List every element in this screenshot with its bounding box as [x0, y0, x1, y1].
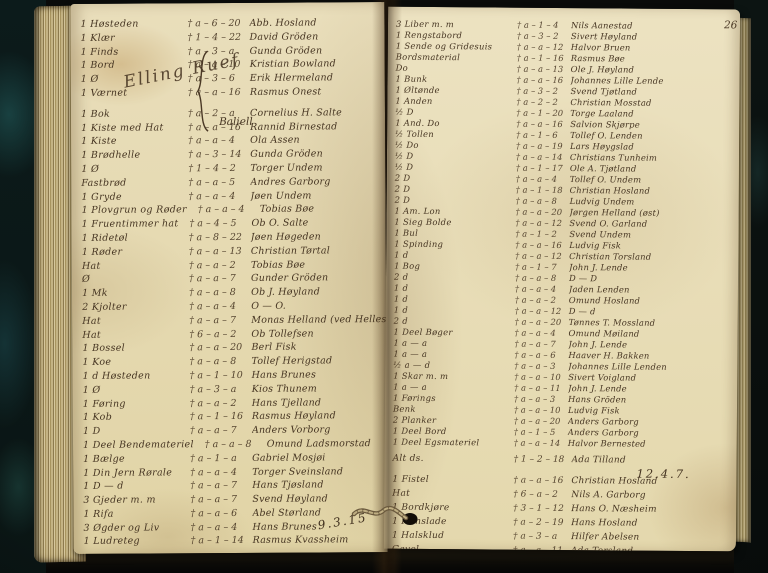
entry-marks: † 1 – 2 – 18 — [514, 453, 572, 467]
entry-marks: † a – a – 8 — [205, 438, 267, 452]
item-label: 1 Sende og Gridesuis — [396, 41, 506, 53]
item-label: 1 Brødhelle — [81, 148, 177, 162]
buyer-name: Nils A. Garborg — [571, 488, 739, 503]
entry-marks: † a – a – 8 — [189, 355, 251, 369]
item-label: 1 Sieg Bolde — [394, 217, 504, 229]
entry-marks: † a – a – 7 — [189, 272, 251, 286]
entry-marks: † a – a – 2 — [189, 258, 251, 272]
item-label: 1 Bossel — [82, 342, 178, 356]
entry-marks: † 6 – a – 2 — [189, 327, 251, 341]
buyer-name: Kristian Bowland — [250, 57, 388, 72]
item-label: 1 Kiste — [81, 135, 177, 149]
entry-marks: † a – a – 20 — [514, 416, 568, 427]
item-label: Hat — [82, 259, 178, 273]
ledger-row: Alt ds. † 1 – 2 – 18 Ada Tilland — [393, 452, 733, 469]
entry-marks: † a – 1 – 7 — [515, 262, 569, 273]
item-label: Ø — [82, 273, 178, 287]
entry-marks: † a – a – 12 — [515, 306, 569, 317]
item-label: 1 Bog — [394, 261, 504, 273]
item-label: 1 Bok — [81, 107, 177, 121]
item-label: 1 d — [394, 305, 504, 317]
item-label: 1 a — a — [393, 382, 503, 394]
buyer-name: Jøen Høgeden — [251, 230, 388, 245]
entry-marks: † a – 1 – 17 — [516, 163, 570, 174]
item-label: 1 Ridetøl — [82, 231, 178, 245]
entry-marks: † a – a – 4 — [515, 284, 569, 295]
buyer-name: Hans Hosland — [571, 516, 739, 531]
buyer-name: Christian Tørtal — [251, 244, 388, 259]
item-label: 1 Rengstabord — [396, 30, 506, 42]
item-label: 1 Kiste med Hat — [81, 121, 177, 135]
item-label: 1 Deel Bord — [393, 426, 503, 438]
entry-marks: † a – a – 4 — [198, 203, 260, 217]
right-page: 3 Liber m. m † a – 1 – 4 Nils Aanestad 1… — [384, 7, 740, 552]
entry-marks: † a – 2 – 2 — [516, 97, 570, 108]
item-label: 1 d — [394, 294, 504, 306]
buyer-name: Halvor Bernested — [568, 438, 736, 450]
item-label: 1 Fruentimmer hat — [82, 217, 179, 231]
item-label: Hat — [82, 314, 178, 328]
item-label: 1 Bunk — [396, 74, 506, 86]
buyer-name: David Gröden — [249, 30, 387, 45]
item-label: 1 Deel Bendemateriel — [83, 438, 194, 452]
buyer-name: Anders Vorborg — [252, 423, 388, 438]
entry-marks: † 6 – a – 2 — [513, 488, 571, 502]
entry-marks: † a – 3 – 2 — [517, 31, 571, 42]
entry-marks: † a – 1 – a — [190, 452, 252, 466]
item-label: 1 Gryde — [81, 190, 177, 204]
entry-marks: † a – a – 8 — [516, 196, 570, 207]
buyer-name: Hilfer Abelsen — [571, 530, 739, 545]
item-label: 1 Røder — [82, 245, 178, 259]
item-label: 1 Førings — [393, 393, 503, 405]
buyer-name: Hans Tjelland — [252, 396, 388, 411]
buyer-name: Tobias Bøe — [251, 258, 388, 273]
entry-marks: † a – a – 7 — [190, 424, 252, 438]
item-label: ½ a — d — [393, 360, 503, 372]
entry-marks: † a – a – 7 — [190, 479, 252, 493]
photo-background: { "page_number": "26", "annotations": { … — [0, 0, 768, 573]
entry-marks: † a – a – 6 — [514, 350, 568, 361]
item-label: 1 And. Do — [395, 118, 505, 130]
item-label: 2 d — [394, 272, 504, 284]
entry-marks: † a – 1 – 16 — [190, 410, 252, 424]
item-label: 3 Liber m. m — [396, 19, 506, 31]
entry-marks: † a – a – 14 — [514, 438, 568, 449]
entry-marks: † a – a – 4 — [516, 174, 570, 185]
entry-marks: † a – a – 13 — [189, 245, 251, 259]
entry-marks: † a – a – 7 — [514, 339, 568, 350]
page-number: 26 — [724, 19, 737, 31]
item-label: 1 Ludreteg — [84, 535, 180, 549]
entry-marks: † a – 1 – 18 — [516, 185, 570, 196]
entry-marks: † a – a – 4 — [190, 465, 252, 479]
entry-marks: † a – a – 4 — [190, 521, 252, 535]
buyer-name: Kios Thunem — [252, 382, 388, 397]
item-label: 1 D — d — [83, 480, 179, 494]
buyer-name: Gunda Gröden — [250, 44, 388, 59]
buyer-name: Ob O. Salte — [251, 216, 387, 231]
entry-marks: † a – a – 8 — [189, 286, 251, 300]
entry-marks: † a – 3 – a — [190, 383, 252, 397]
entry-marks: † 3 – 1 – 12 — [513, 502, 571, 516]
item-label: Do — [396, 63, 506, 75]
entry-marks: † a – a – 12 — [515, 218, 569, 229]
item-label: 1 Fistel — [392, 473, 502, 488]
entry-marks: † a – 3 – 2 — [516, 86, 570, 97]
buyer-name: Torger Undem — [250, 161, 387, 176]
item-label: 2 D — [395, 173, 505, 185]
item-label: 2 D — [395, 184, 505, 196]
entry-marks: † a – 1 – 2 — [515, 229, 569, 240]
entry-marks: † a – a – 16 — [513, 474, 571, 488]
buyer-name: Torger Sveinsland — [252, 465, 388, 480]
left-page-rows: 1 Høsteden † a – 6 – 20 Abb. Hosland 1 K… — [80, 16, 381, 550]
item-label: 3 Øgder og Liv — [83, 521, 179, 535]
entry-marks: † a – 3 – 14 — [188, 148, 250, 162]
ledger-row: 1 Deel Egsmateriel † a – a – 14 Halvor B… — [393, 437, 733, 451]
buyer-name: Hans O. Næsheim — [571, 502, 739, 517]
entry-marks: † a – a – 12 — [517, 42, 571, 53]
buyer-name: Gunda Gröden — [250, 147, 387, 162]
item-label: 1 d Høsteden — [83, 369, 179, 383]
buyer-name: Hans Tjøsland — [252, 478, 387, 493]
entry-marks: † a – a – 14 — [516, 152, 570, 163]
left-page: 1 Høsteden † a – 6 – 20 Abb. Hosland 1 K… — [70, 2, 387, 554]
item-label: 1 Finds — [81, 45, 177, 59]
item-label: 1 Spinding — [394, 239, 504, 251]
entry-marks: † a – a – 4 — [188, 189, 250, 203]
item-label: 1 Føring — [83, 397, 179, 411]
entry-marks: † a – a – 13 — [517, 64, 571, 75]
entry-marks: † a – 1 – 5 — [514, 427, 568, 438]
item-label: 1 Deel Egsmateriel — [393, 437, 503, 449]
item-label: 1 Koe — [82, 355, 178, 369]
item-label: ½ D — [395, 162, 505, 174]
item-label: 1 Din Jern Rørale — [83, 466, 179, 480]
item-label: Hat — [82, 328, 178, 342]
entry-marks: † a – a – 8 — [515, 273, 569, 284]
item-label: 3 Gjeder m. m — [83, 493, 179, 507]
buyer-name: Rannid Birnestad — [250, 120, 388, 135]
entry-marks: † a – 1 – 16 — [517, 53, 571, 64]
buyer-name: Ob Tollefsen — [251, 327, 387, 342]
ledger-row: 1 Ludreteg † a – 1 – 14 Rasmus Kvassheim — [84, 534, 382, 550]
buyer-name: Gunder Gröden — [251, 271, 388, 286]
item-label: 1 a — a — [393, 338, 503, 350]
item-label: 1 d — [394, 250, 504, 262]
item-label: 1 d — [394, 283, 504, 295]
buyer-name: Tollef Herigstad — [251, 354, 387, 369]
entry-marks: † a – a – 3 — [514, 394, 568, 405]
entry-marks: † a – 2 – 19 — [513, 516, 571, 530]
entry-marks: † a – a – 20 — [515, 207, 569, 218]
entry-marks: † a – 4 – 5 — [189, 217, 251, 231]
right-page-rows: 3 Liber m. m † a – 1 – 4 Nils Aanestad 1… — [393, 19, 736, 451]
item-label: 1 Ø — [81, 162, 177, 176]
buyer-name: Ob J. Høyland — [251, 285, 388, 300]
entry-marks: † a – 1 – 6 — [516, 130, 570, 141]
buyer-name: Hans Brunes — [252, 368, 388, 383]
entry-marks: † 1 – 4 – 22 — [187, 31, 249, 45]
entry-marks: † a – a – 2 — [190, 396, 252, 410]
section-label: Baliell — [219, 116, 253, 128]
entry-marks: † a – 1 – 14 — [191, 534, 253, 548]
entry-marks: † a – 8 – 22 — [189, 231, 251, 245]
item-label: 1 Bul — [394, 228, 504, 240]
item-label: 1 Skar m. m — [393, 371, 503, 383]
entry-marks: † a – 1 – 10 — [190, 369, 252, 383]
item-label: Alt ds. — [393, 452, 503, 467]
entry-marks: † a – a – 20 — [515, 317, 569, 328]
buyer-name: Ada Torsland — [571, 544, 739, 551]
item-label: 1 a — a — [393, 349, 503, 361]
entry-marks: † a – a – 5 — [188, 176, 250, 190]
item-label: Fastbrød — [81, 176, 177, 190]
item-label: 2 d — [394, 316, 504, 328]
buyer-name: Rasmus Høyland — [252, 409, 388, 424]
buyer-name: Monas Helland (ved Helles) — [251, 313, 387, 328]
entry-marks: † a – a – 16 — [515, 240, 569, 251]
right-footer-number: 12.4.7. — [636, 467, 690, 481]
entry-marks: † a – a – 11 — [514, 383, 568, 394]
item-label: 1 Øltønde — [395, 85, 505, 97]
entry-marks: † a – a – 7 — [189, 314, 251, 328]
item-label: 1 Klær — [80, 31, 176, 45]
item-label: 1 Rifa — [83, 507, 179, 521]
entry-marks: † a – a – 10 — [514, 372, 568, 383]
buyer-name: Cornelius H. Salte — [250, 106, 388, 121]
buyer-name: Omund Ladsmorstad — [267, 437, 388, 452]
entry-marks: † 1 – 4 – 2 — [188, 162, 250, 176]
binding-cord — [348, 496, 424, 534]
entry-marks: † a – 1 – 20 — [516, 108, 570, 119]
item-label: ½ Tollen — [395, 129, 505, 141]
buyer-name: Abb. Hosland — [249, 16, 387, 31]
item-label: 1 D — [83, 424, 179, 438]
entry-marks: † a – a – 3 — [514, 361, 568, 372]
item-label: 1 Deel Bøger — [394, 327, 504, 339]
buyer-name: O — O. — [251, 299, 388, 314]
item-label: 1 Ø — [83, 383, 179, 397]
entry-marks: † a – a – 4 — [188, 134, 250, 148]
buyer-name: Tobias Bøe — [260, 202, 388, 217]
buyer-name: Rasmus Onest — [250, 85, 388, 100]
item-label: 2 D — [395, 195, 505, 207]
buyer-name: Andres Garborg — [250, 175, 387, 190]
item-label: 1 Anden — [395, 96, 505, 108]
buyer-name: Rasmus Kvassheim — [253, 534, 388, 549]
entry-marks: † a – 6 – 20 — [187, 17, 249, 31]
entry-marks: † a – a – 10 — [514, 405, 568, 416]
buyer-name: Erik Hlermeland — [250, 71, 388, 86]
entry-marks: † a – a – 7 — [190, 493, 252, 507]
entry-marks: † a – 3 – a — [513, 530, 571, 544]
item-label: ½ D — [395, 107, 505, 119]
item-label: 1 Kob — [83, 411, 179, 425]
entry-marks: † a – 1 – 4 — [517, 20, 571, 31]
item-label: 2 Kjolter — [82, 300, 178, 314]
item-label: 1 Høsteden — [80, 17, 176, 31]
entry-marks: † a – a – 20 — [189, 341, 251, 355]
brace-mark — [195, 49, 212, 133]
entry-marks: † a – a – 12 — [515, 251, 569, 262]
buyer-name: Gabriel Mosjøi — [252, 451, 388, 466]
item-label: 2 Planker — [393, 415, 503, 427]
buyer-name: Jøen Undem — [250, 189, 387, 204]
entry-marks: † a – a – 4 — [189, 300, 251, 314]
entry-marks: † a – a – 16 — [516, 119, 570, 130]
entry-marks: † a – a – 19 — [516, 141, 570, 152]
item-label: ½ D — [395, 151, 505, 163]
buyer-name: Berl Fisk — [251, 340, 387, 355]
entry-marks: † a – a – 4 — [515, 328, 569, 339]
item-label: Bordsmaterial — [396, 52, 506, 64]
item-label: ½ Do — [395, 140, 505, 152]
entry-marks: † a – a – 2 — [515, 295, 569, 306]
buyer-name: Ola Assen — [250, 133, 388, 148]
item-label: 1 Am. Lon — [394, 206, 504, 218]
item-label: Benk — [393, 404, 503, 416]
item-label: 1 Plovgrun og Røder — [82, 204, 187, 218]
item-label: 1 Mk — [82, 286, 178, 300]
entry-marks: † a – a – 6 — [190, 507, 252, 521]
item-label: 1 Bælge — [83, 452, 179, 466]
entry-marks: † a – a – 16 — [517, 75, 571, 86]
